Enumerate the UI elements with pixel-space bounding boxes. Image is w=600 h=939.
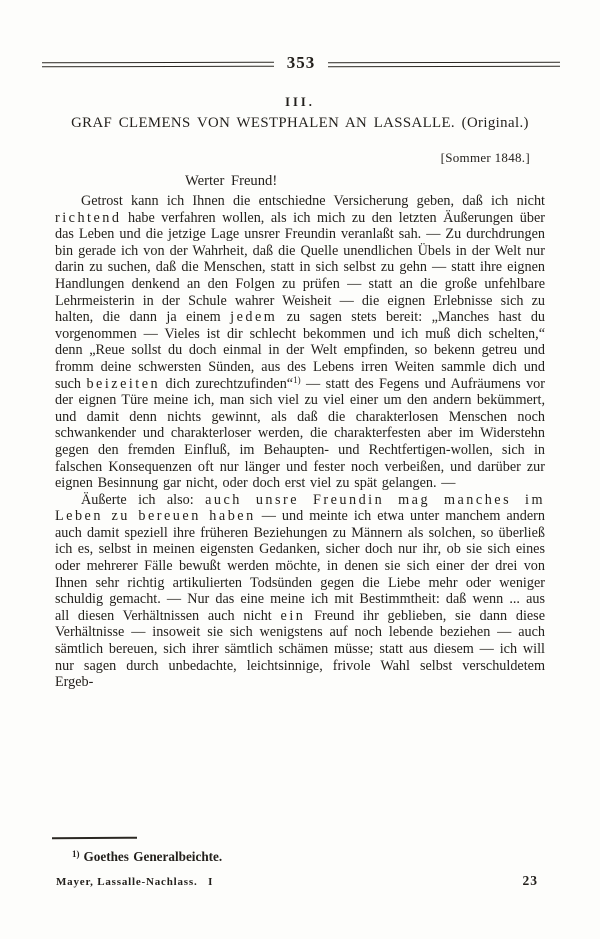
footer-signature: Mayer, Lassalle-Nachlass. I <box>56 876 213 888</box>
body-text: Äußerte ich also: <box>81 492 205 508</box>
footnote-reference: 1) <box>293 375 301 385</box>
emphasized-text: ein <box>281 608 306 624</box>
letter-paragraph: Getrost kann ich Ihnen die entschiedne V… <box>55 193 545 492</box>
footnote-rule <box>52 837 137 840</box>
salutation: Werter Freund! <box>185 173 277 190</box>
page-footer: Mayer, Lassalle-Nachlass. I 23 <box>56 873 538 889</box>
footnote: 1)Goethes Generalbeichte. <box>72 849 222 865</box>
body-text: Getrost kann ich Ihnen die entschiedne V… <box>81 193 545 209</box>
letter-paragraph: Äußerte ich also: auch unsre Freundin ma… <box>55 492 545 691</box>
emphasized-text: jedem <box>230 309 277 325</box>
emphasized-text: beizeiten <box>86 376 160 392</box>
body-text: habe verfahren wollen, als ich mich zu d… <box>55 210 545 326</box>
footnote-text: Goethes Generalbeichte. <box>84 849 223 864</box>
running-head: 353 <box>42 54 560 74</box>
header-rule-left <box>42 61 274 67</box>
body-text: — statt des Fegens und Aufräumens vor de… <box>55 376 545 492</box>
letter-title: GRAF CLEMENS VON WESTPHALEN AN LASSALLE.… <box>0 115 600 132</box>
body-text: — und meinte ich etwa unter manchem ande… <box>55 508 545 624</box>
header-rule-right <box>328 61 560 67</box>
body-text: dich zurechtzufinden“ <box>160 376 293 392</box>
date-note: [Sommer 1848.] <box>441 150 530 166</box>
book-page: 353 III. GRAF CLEMENS VON WESTPHALEN AN … <box>0 0 600 939</box>
letter-body: Getrost kann ich Ihnen die entschiedne V… <box>55 193 545 691</box>
emphasized-text: richtend <box>55 210 121 226</box>
page-number: 353 <box>285 54 318 74</box>
footer-sheet-number: 23 <box>523 873 539 889</box>
footnote-marker: 1) <box>72 849 80 859</box>
section-number: III. <box>0 95 600 110</box>
